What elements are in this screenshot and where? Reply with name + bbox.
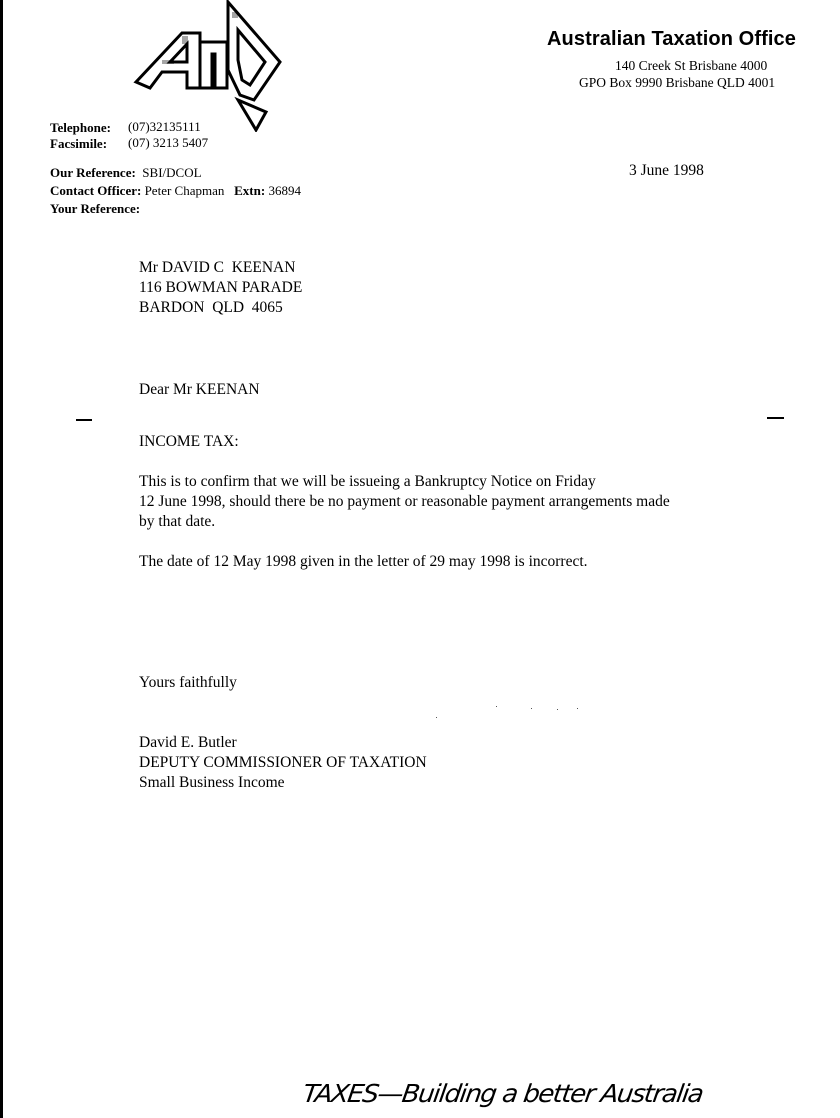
fold-mark-right bbox=[767, 417, 784, 419]
our-reference-value: SBI/DCOL bbox=[142, 165, 201, 180]
telephone-label: Telephone: bbox=[50, 120, 111, 136]
paragraph-line: 12 June 1998, should there be no payment… bbox=[139, 492, 670, 512]
signatory-title: DEPUTY COMMISSIONER OF TAXATION bbox=[139, 753, 427, 773]
scan-speck bbox=[557, 709, 558, 710]
paragraph-line: This is to confirm that we will be issue… bbox=[139, 472, 670, 492]
paragraph-line: by that date. bbox=[139, 512, 670, 532]
salutation: Dear Mr KEENAN bbox=[139, 380, 260, 400]
scan-speck bbox=[577, 708, 578, 709]
letter-date: 3 June 1998 bbox=[629, 162, 704, 180]
signatory-name: David E. Butler bbox=[139, 733, 427, 753]
scan-speck bbox=[531, 708, 532, 709]
scan-speck bbox=[436, 717, 437, 718]
signatory-division: Small Business Income bbox=[139, 773, 427, 793]
scan-edge bbox=[0, 0, 3, 1118]
contact-officer: Contact Officer: Peter Chapman Extn: 368… bbox=[50, 183, 301, 199]
your-reference: Your Reference: bbox=[50, 201, 140, 217]
facsimile-value: (07) 3213 5407 bbox=[128, 135, 208, 151]
our-reference-label: Our Reference: bbox=[50, 165, 136, 180]
facsimile-label: Facsimile: bbox=[50, 136, 107, 152]
body-paragraph-2: The date of 12 May 1998 given in the let… bbox=[139, 552, 588, 572]
addressee-locality: BARDON QLD 4065 bbox=[139, 298, 302, 318]
extension-value: 36894 bbox=[268, 183, 301, 198]
footer-slogan: TAXES—Building a better Australia bbox=[301, 1080, 704, 1109]
our-reference: Our Reference: SBI/DCOL bbox=[50, 165, 202, 181]
ato-logo-icon bbox=[132, 0, 282, 132]
addressee-block: Mr DAVID C KEENAN 116 BOWMAN PARADE BARD… bbox=[139, 258, 302, 318]
addressee-name: Mr DAVID C KEENAN bbox=[139, 258, 302, 278]
contact-officer-label: Contact Officer: bbox=[50, 183, 141, 198]
closing: Yours faithfully bbox=[139, 673, 237, 693]
telephone-value: (07)32135111 bbox=[128, 119, 201, 135]
signature-block: David E. Butler DEPUTY COMMISSIONER OF T… bbox=[139, 733, 427, 793]
your-reference-label: Your Reference: bbox=[50, 201, 140, 216]
body-paragraph-1: This is to confirm that we will be issue… bbox=[139, 472, 670, 532]
contact-officer-value: Peter Chapman bbox=[145, 183, 225, 198]
scan-speck bbox=[496, 706, 497, 707]
fold-mark-left bbox=[76, 419, 92, 421]
organization-name: Australian Taxation Office bbox=[547, 28, 796, 51]
subject-line: INCOME TAX: bbox=[139, 432, 239, 452]
addressee-street: 116 BOWMAN PARADE bbox=[139, 278, 302, 298]
extension-label: Extn: bbox=[234, 183, 265, 198]
street-address: 140 Creek St Brisbane 4000 bbox=[615, 58, 767, 74]
postal-address: GPO Box 9990 Brisbane QLD 4001 bbox=[579, 75, 775, 91]
